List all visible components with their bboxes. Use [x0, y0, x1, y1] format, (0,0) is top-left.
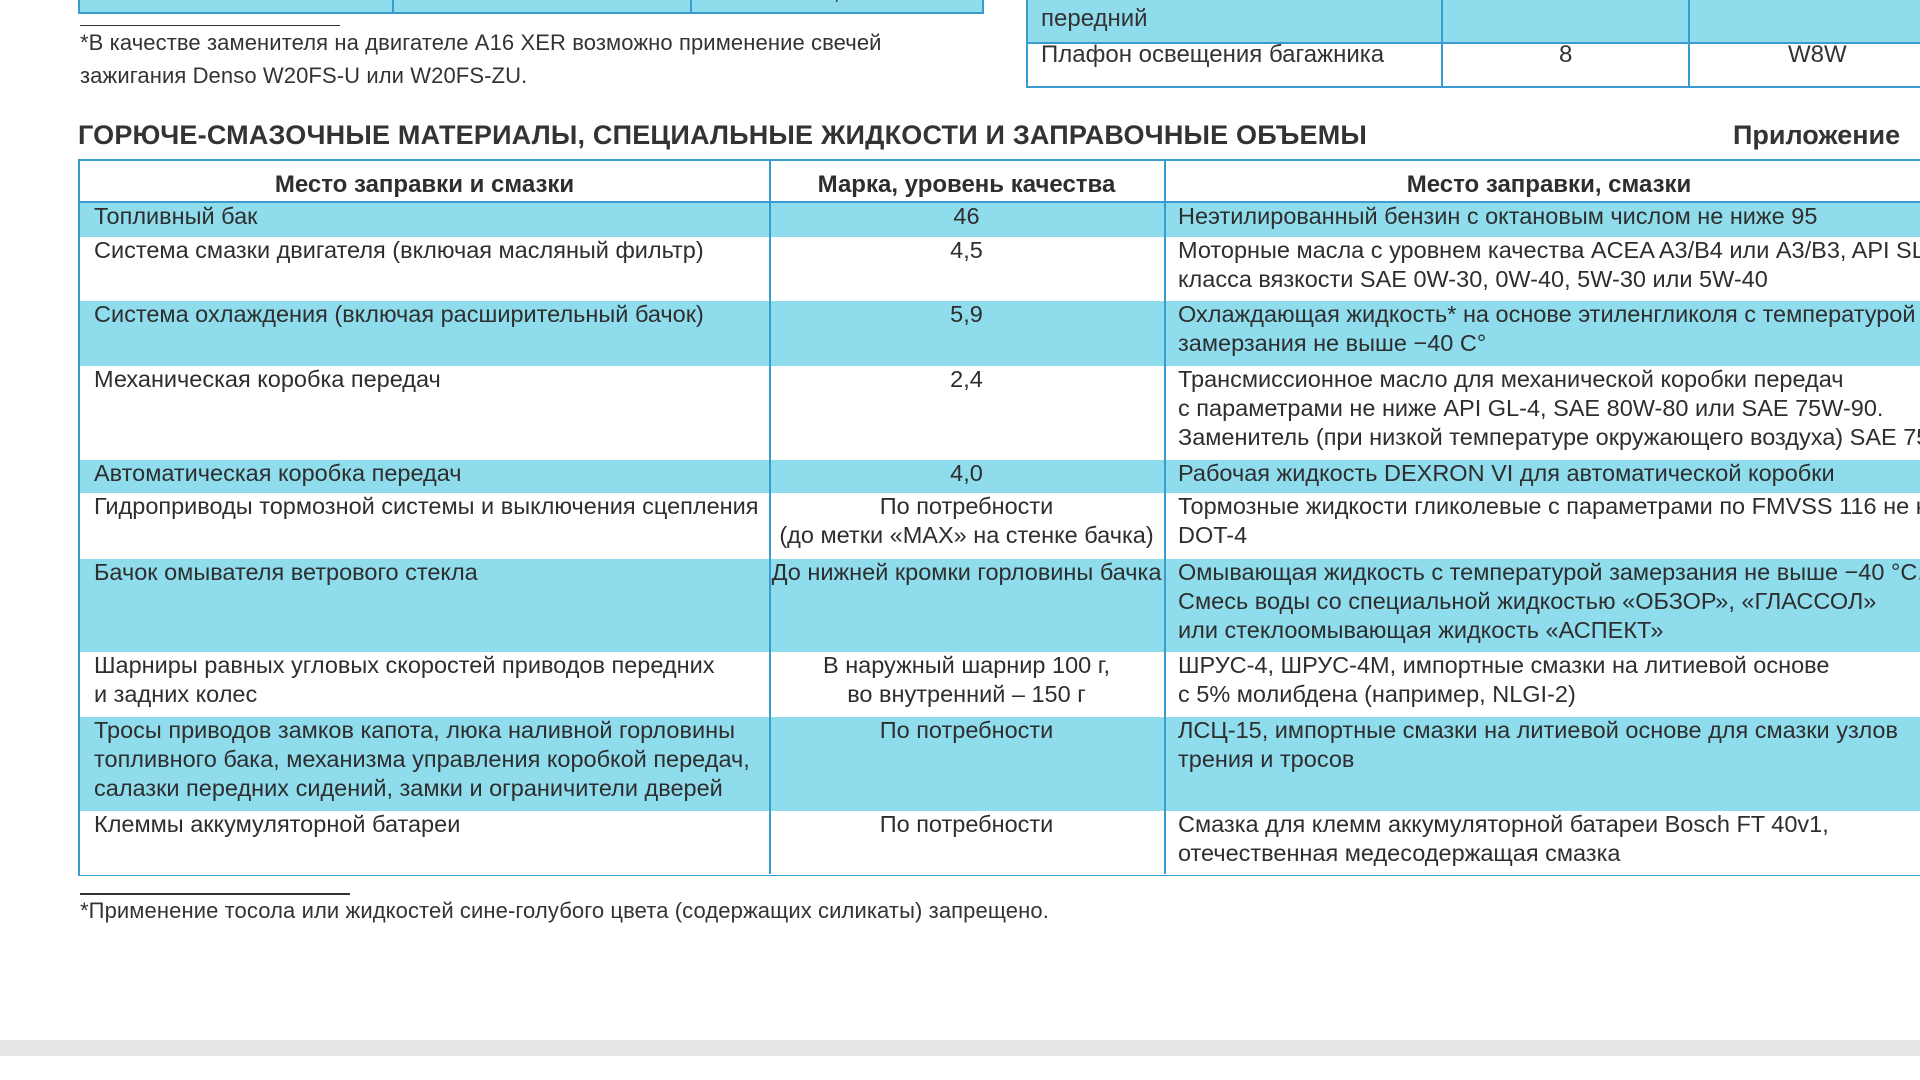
table-row: Клеммы аккумуляторной батареиПо потребно… [80, 811, 1920, 875]
section-title: ГОРЮЧЕ-СМАЗОЧНЫЕ МАТЕРИАЛЫ, СПЕЦИАЛЬНЫЕ … [78, 120, 1367, 151]
column-header-place: Место заправки и смазки [80, 171, 769, 199]
cell-spec: Смазка для клемм аккумуляторной батареи … [1178, 810, 1829, 868]
lamp-qty: 8 [1559, 41, 1572, 69]
cell-amount: В наружный шарнир 100 г, во внутренний –… [769, 651, 1164, 709]
cell-amount: По потребности [769, 716, 1164, 745]
cell-spec: Тормозные жидкости гликолевые с параметр… [1178, 492, 1920, 550]
cell-amount: 4,0 [769, 459, 1164, 488]
table-row [1028, 0, 1920, 44]
table-divider [1441, 0, 1443, 86]
footnote-line: зажигания Denso W20FS-U или W20FS-ZU. [80, 59, 882, 92]
table-row: Шарниры равных угловых скоростей приводо… [80, 652, 1920, 717]
table-divider [1688, 0, 1690, 86]
cell-spec: Трансмиссионное масло для механической к… [1178, 365, 1920, 452]
cell-place: Гидроприводы тормозной системы и выключе… [94, 492, 758, 521]
spark-plug-model: NGK ZFR5F-11 [415, 0, 581, 6]
cell-place: Система смазки двигателя (включая маслян… [94, 236, 704, 265]
table-row: Механическая коробка передач2,4Трансмисс… [80, 366, 1920, 460]
cell-place: Бачок омывателя ветрового стекла [94, 558, 478, 587]
column-divider [769, 161, 771, 874]
cell-place: Система охлаждения (включая расширительн… [94, 300, 704, 329]
lamp-table-fragment: Плафон освещения салона передний 8 C5W П… [1026, 0, 1920, 88]
footnote-spark-plugs: *В качестве заменителя на двигателе A16 … [80, 26, 882, 92]
table-row: Автоматическая коробка передач4,0Рабочая… [80, 460, 1920, 493]
table-divider [690, 0, 692, 12]
lamp-name: Плафон освещения салона [1041, 0, 1349, 2]
table-row: Тросы приводов замков капота, люка налив… [80, 717, 1920, 811]
cell-amount: По потребности (до метки «MAX» на стенке… [769, 492, 1164, 550]
table-row: Бачок омывателя ветрового стеклаДо нижне… [80, 559, 1920, 652]
cell-amount: До нижней кромки горловины бачка [769, 558, 1164, 587]
table-row: Система охлаждения (включая расширительн… [80, 301, 1920, 366]
fluids-table: Топливный бак46Неэтилированный бензин с … [78, 159, 1920, 876]
table-row: Система смазки двигателя (включая маслян… [80, 237, 1920, 301]
cell-spec: Моторные масла с уровнем качества ACEA A… [1178, 236, 1920, 294]
cell-place: Топливный бак [94, 202, 257, 231]
column-header-amount: Марка, уровень качества [769, 171, 1164, 199]
cell-place: Клеммы аккумуляторной батареи [94, 810, 460, 839]
cell-place: Тросы приводов замков капота, люка налив… [94, 716, 750, 803]
footnote-line: *В качестве заменителя на двигателе A16 … [80, 26, 882, 59]
table-row: Гидроприводы тормозной системы и выключе… [80, 493, 1920, 559]
column-header-spec: Место заправки, смазки [1164, 171, 1920, 199]
cell-place: Шарниры равных угловых скоростей приводо… [94, 651, 715, 709]
cell-spec: ШРУС-4, ШРУС-4М, импортные смазки на лит… [1178, 651, 1829, 709]
lamp-type: C5W [1788, 0, 1841, 2]
cell-spec: Охлаждающая жидкость* на основе этиленгл… [1178, 300, 1916, 358]
cell-place: Автоматическая коробка передач [94, 459, 462, 488]
lamp-type: W8W [1788, 41, 1847, 69]
cell-spec: Рабочая жидкость DEXRON VI для автоматич… [1178, 459, 1835, 488]
page-bottom-band [0, 1040, 1920, 1056]
column-divider [1164, 161, 1166, 874]
table-row: Топливный бак46Неэтилированный бензин с … [80, 203, 1920, 237]
spark-plug-gap: 1,1 [820, 0, 853, 6]
cell-spec: Омывающая жидкость с температурой замерз… [1178, 558, 1920, 645]
cell-amount: 46 [769, 202, 1164, 231]
footnote-coolant: *Применение тосола или жидкостей сине-го… [80, 894, 1049, 927]
cell-amount: 4,5 [769, 236, 1164, 265]
cell-spec: ЛСЦ-15, импортные смазки на литиевой осн… [1178, 716, 1898, 774]
lamp-name: передний [1041, 5, 1148, 33]
cell-amount: По потребности [769, 810, 1164, 839]
appendix-label: Приложение [1733, 120, 1900, 151]
cell-amount: 2,4 [769, 365, 1164, 394]
spark-plug-table-fragment: NGK ZFR5F-11 1,1 [78, 0, 984, 14]
cell-amount: 5,9 [769, 300, 1164, 329]
cell-spec: Неэтилированный бензин с октановым число… [1178, 202, 1817, 231]
table-divider [392, 0, 394, 12]
lamp-qty: 8 [1559, 0, 1572, 2]
cell-place: Механическая коробка передач [94, 365, 441, 394]
lamp-name: Плафон освещения багажника [1041, 41, 1384, 69]
